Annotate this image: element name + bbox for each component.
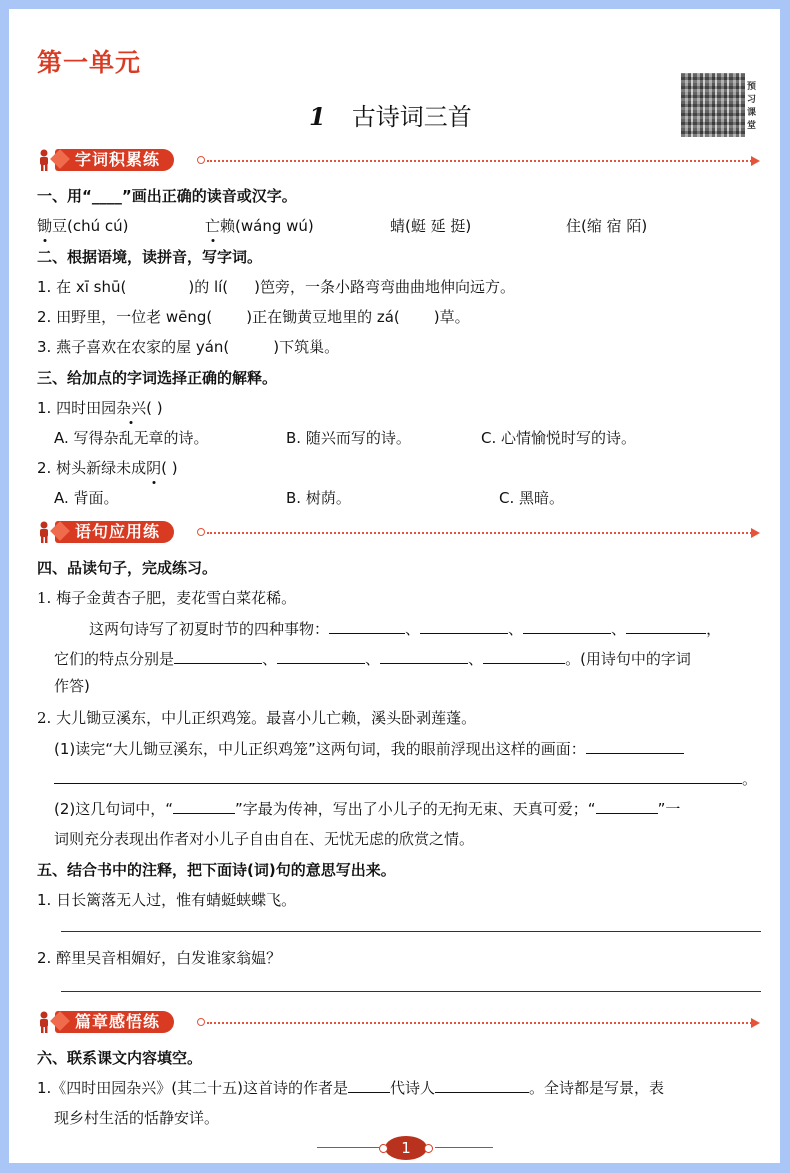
page-number-badge: 1 bbox=[309, 1135, 499, 1161]
banner-dot bbox=[197, 528, 205, 536]
q5-item-2: 2. 醉里吴音相媚好，白发谁家翁媪？ bbox=[37, 947, 281, 968]
answer-blank[interactable] bbox=[523, 620, 611, 634]
q3-item-1-option-a[interactable]: A. 写得杂乱无章的诗。 bbox=[54, 427, 209, 448]
question-1-heading: 一、用“____”画出正确的读音或汉字。 bbox=[37, 185, 297, 206]
lesson-title-text: 古诗词三首 bbox=[352, 103, 472, 131]
divider bbox=[317, 1147, 379, 1148]
q1-choice-3[interactable]: (蜓 延 挺) bbox=[405, 217, 471, 235]
banner-dot bbox=[197, 156, 205, 164]
question-3-heading: 三、给加点的字词选择正确的解释。 bbox=[37, 367, 277, 388]
question-4-heading: 四、品读句子，完成练习。 bbox=[37, 557, 217, 578]
section-label: 字词积累练 bbox=[55, 149, 174, 171]
answer-blank[interactable] bbox=[483, 650, 565, 664]
q1-choice-1[interactable]: (chú cú) bbox=[67, 217, 129, 235]
section-label: 语句应用练 bbox=[55, 521, 174, 543]
q1-choice-2[interactable]: (wáng wú) bbox=[235, 217, 314, 235]
qr-label: 预习课堂 bbox=[747, 81, 759, 133]
q4-item-1-line-3: 作答) bbox=[54, 675, 90, 696]
q3-item-1-stem: 1. 四时田园杂兴( ) bbox=[37, 397, 163, 418]
q1-item-3: 蜻(蜓 延 挺) bbox=[390, 215, 471, 236]
mascot-icon bbox=[37, 149, 51, 171]
q3-item-2-option-c[interactable]: C. 黑暗。 bbox=[499, 487, 564, 508]
qr-code[interactable] bbox=[681, 73, 745, 137]
answer-blank[interactable] bbox=[596, 800, 658, 814]
q4-item-2-sub-1-continued: 。 bbox=[54, 768, 757, 789]
dotted-divider bbox=[207, 1022, 752, 1024]
answer-blank[interactable] bbox=[380, 650, 468, 664]
section-label: 篇章感悟练 bbox=[55, 1011, 174, 1033]
mascot-icon bbox=[37, 1011, 51, 1033]
answer-blank[interactable] bbox=[174, 650, 262, 664]
q5-item-1: 1. 日长篱落无人过，惟有蜻蜓蛱蝶飞。 bbox=[37, 889, 296, 910]
lesson-number: 1 bbox=[309, 102, 326, 131]
q4-item-2-sub-2: (2)这几句词中，“”字最为传神，写出了小儿子的无拘无束、天真可爱；“”一 bbox=[54, 798, 680, 819]
q1-item-4: 住(缩 宿 陌) bbox=[566, 215, 647, 236]
unit-title: 第一单元 bbox=[37, 43, 141, 79]
q2-item-1: 1. 在 xī shū()的 lí()笆旁，一条小路弯弯曲曲地伸向远方。 bbox=[37, 276, 515, 297]
dotted-divider bbox=[207, 532, 752, 534]
answer-blank[interactable] bbox=[420, 620, 508, 634]
dotted-divider bbox=[207, 160, 752, 162]
section-banner-sentences: 语句应用练 bbox=[37, 519, 762, 547]
answer-blank[interactable] bbox=[277, 650, 365, 664]
answer-blank[interactable] bbox=[173, 800, 235, 814]
answer-blank[interactable] bbox=[348, 1079, 390, 1093]
answer-blank[interactable] bbox=[435, 1079, 529, 1093]
answer-blank[interactable] bbox=[586, 740, 684, 754]
section-banner-passage: 篇章感悟练 bbox=[37, 1009, 762, 1037]
workbook-page: 第一单元 1古诗词三首 预习课堂 字词积累练 一、用“____”画出正确的读音或… bbox=[9, 9, 780, 1163]
lesson-title: 1古诗词三首 bbox=[309, 97, 472, 132]
q2-item-2: 2. 田野里，一位老 wēng()正在锄黄豆地里的 zá()草。 bbox=[37, 306, 470, 327]
q3-item-1-option-c[interactable]: C. 心情愉悦时写的诗。 bbox=[481, 427, 636, 448]
arrow-right-icon bbox=[751, 1018, 760, 1028]
q1-item-2: 亡赖(wáng wú) bbox=[205, 215, 314, 236]
q4-item-1-line-1: 这两句诗写了初夏时节的四种事物：、、、， bbox=[89, 618, 721, 639]
q3-item-1-option-b[interactable]: B. 随兴而写的诗。 bbox=[286, 427, 411, 448]
question-2-heading: 二、根据语境，读拼音，写字词。 bbox=[37, 246, 262, 267]
q4-item-1-line-2: 它们的特点分别是、、、。(用诗句中的字词 bbox=[54, 648, 691, 669]
q4-item-2-sub-2-line-2: 词则充分表现出作者对小儿子自由自在、无忧无虑的欣赏之情。 bbox=[54, 828, 474, 849]
q6-item-1-line-2: 现乡村生活的恬静安详。 bbox=[54, 1107, 219, 1128]
q6-item-1: 1.《四时田园杂兴》(其二十五)这首诗的作者是代诗人。全诗都是写景，表 bbox=[37, 1077, 664, 1098]
banner-dot bbox=[197, 1018, 205, 1026]
q4-item-1-poem: 1. 梅子金黄杏子肥，麦花雪白菜花稀。 bbox=[37, 587, 296, 608]
q4-item-2-poem: 2. 大儿锄豆溪东，中儿正织鸡笼。最喜小儿亡赖，溪头卧剥莲蓬。 bbox=[37, 707, 476, 728]
q3-item-2-option-b[interactable]: B. 树荫。 bbox=[286, 487, 351, 508]
answer-blank[interactable] bbox=[626, 620, 706, 634]
mascot-icon bbox=[37, 521, 51, 543]
arrow-right-icon bbox=[751, 528, 760, 538]
divider bbox=[435, 1147, 493, 1148]
page-number: 1 bbox=[385, 1136, 427, 1160]
question-5-heading: 五、结合书中的注释，把下面诗(词)句的意思写出来。 bbox=[37, 859, 396, 880]
q2-item-3: 3. 燕子喜欢在农家的屋 yán()下筑巢。 bbox=[37, 336, 339, 357]
answer-paren[interactable]: ( ) bbox=[146, 399, 162, 417]
q3-item-2-option-a[interactable]: A. 背面。 bbox=[54, 487, 119, 508]
question-6-heading: 六、联系课文内容填空。 bbox=[37, 1047, 202, 1068]
q1-choice-4[interactable]: (缩 宿 陌) bbox=[581, 217, 647, 235]
q4-item-2-sub-1: (1)读完“大儿锄豆溪东，中儿正织鸡笼”这两句词，我的眼前浮现出这样的画面： bbox=[54, 738, 684, 759]
answer-blank[interactable] bbox=[54, 770, 742, 784]
section-banner-vocab: 字词积累练 bbox=[37, 147, 762, 175]
q1-item-1: 锄豆(chú cú) bbox=[37, 215, 129, 236]
arrow-right-icon bbox=[751, 156, 760, 166]
answer-line[interactable] bbox=[61, 931, 761, 932]
answer-paren[interactable]: ( ) bbox=[161, 459, 177, 477]
q3-item-2-stem: 2. 树头新绿未成阴( ) bbox=[37, 457, 178, 478]
answer-blank[interactable] bbox=[329, 620, 405, 634]
answer-line[interactable] bbox=[61, 991, 761, 992]
